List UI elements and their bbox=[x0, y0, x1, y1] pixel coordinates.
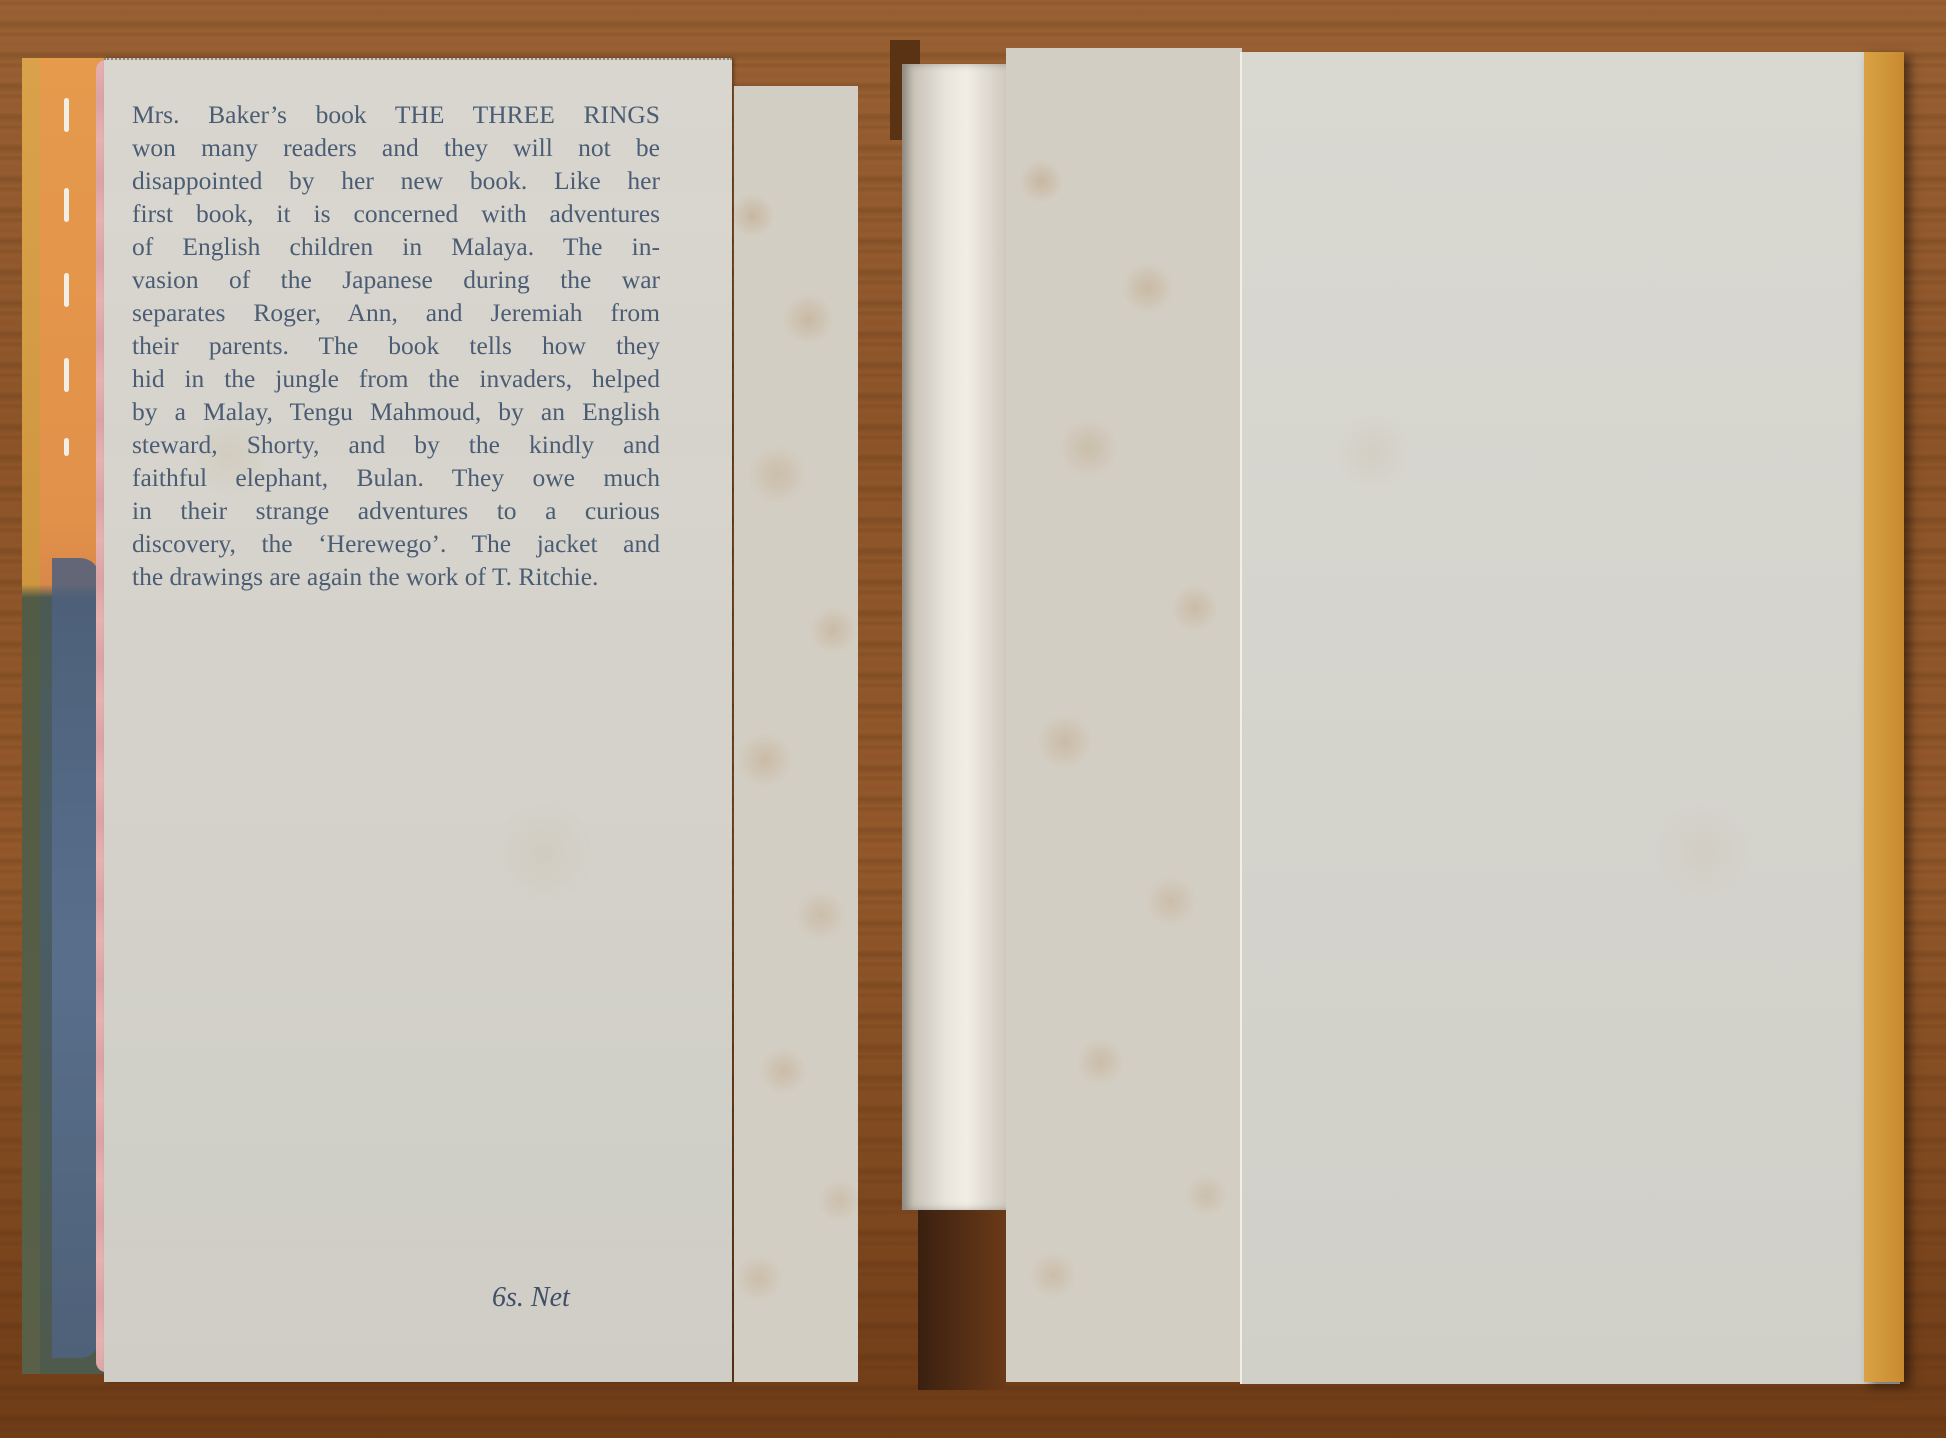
blurb-line: separates Roger, Ann, and Jeremiah from bbox=[132, 296, 660, 329]
white-dash bbox=[64, 188, 69, 222]
blurb-line: discovery, the ‘Herewego’. The jacket an… bbox=[132, 527, 660, 560]
torn-spine-strip-right bbox=[1006, 48, 1242, 1382]
blurb-line: hid in the jungle from the invaders, hel… bbox=[132, 362, 660, 395]
painted-jacket-edge bbox=[22, 58, 104, 1374]
blurb-line: Mrs. Baker’s book THE THREE RINGS bbox=[132, 98, 660, 131]
jacket-spine-fold bbox=[902, 64, 1010, 1210]
blurb-line: vasion of the Japanese during the war bbox=[132, 263, 660, 296]
front-flap: Mrs. Baker’s book THE THREE RINGS won ma… bbox=[104, 58, 732, 1382]
blurb-line: first book, it is concerned with adventu… bbox=[132, 197, 660, 230]
blurb-line: faithful elephant, Bulan. They owe much bbox=[132, 461, 660, 494]
blurb-line: won many readers and they will not be bbox=[132, 131, 660, 164]
blurb-line: steward, Shorty, and by the kindly and bbox=[132, 428, 660, 461]
blurb-line: the drawings are again the work of T. Ri… bbox=[132, 560, 660, 593]
blurb-line: in their strange adventures to a curious bbox=[132, 494, 660, 527]
blurb-line: their parents. The book tells how they bbox=[132, 329, 660, 362]
price-label: 6s. Net bbox=[492, 1282, 570, 1314]
table-gap-bottom bbox=[918, 1200, 1006, 1390]
blurb-line: of English children in Malaya. The in- bbox=[132, 230, 660, 263]
white-dash bbox=[64, 98, 69, 132]
blurb-line: disappointed by her new book. Like her bbox=[132, 164, 660, 197]
white-dash bbox=[64, 358, 69, 392]
blue-band bbox=[52, 558, 100, 1358]
orange-jacket-edge bbox=[1864, 52, 1904, 1382]
ochre-band bbox=[22, 58, 40, 1374]
white-dash bbox=[64, 273, 69, 307]
torn-spine-strip-left bbox=[734, 86, 858, 1382]
back-flap-panel bbox=[1240, 52, 1900, 1384]
flap-blurb: Mrs. Baker’s book THE THREE RINGS won ma… bbox=[132, 98, 660, 593]
white-dash bbox=[64, 438, 69, 456]
blurb-line: by a Malay, Tengu Mahmoud, by an English bbox=[132, 395, 660, 428]
